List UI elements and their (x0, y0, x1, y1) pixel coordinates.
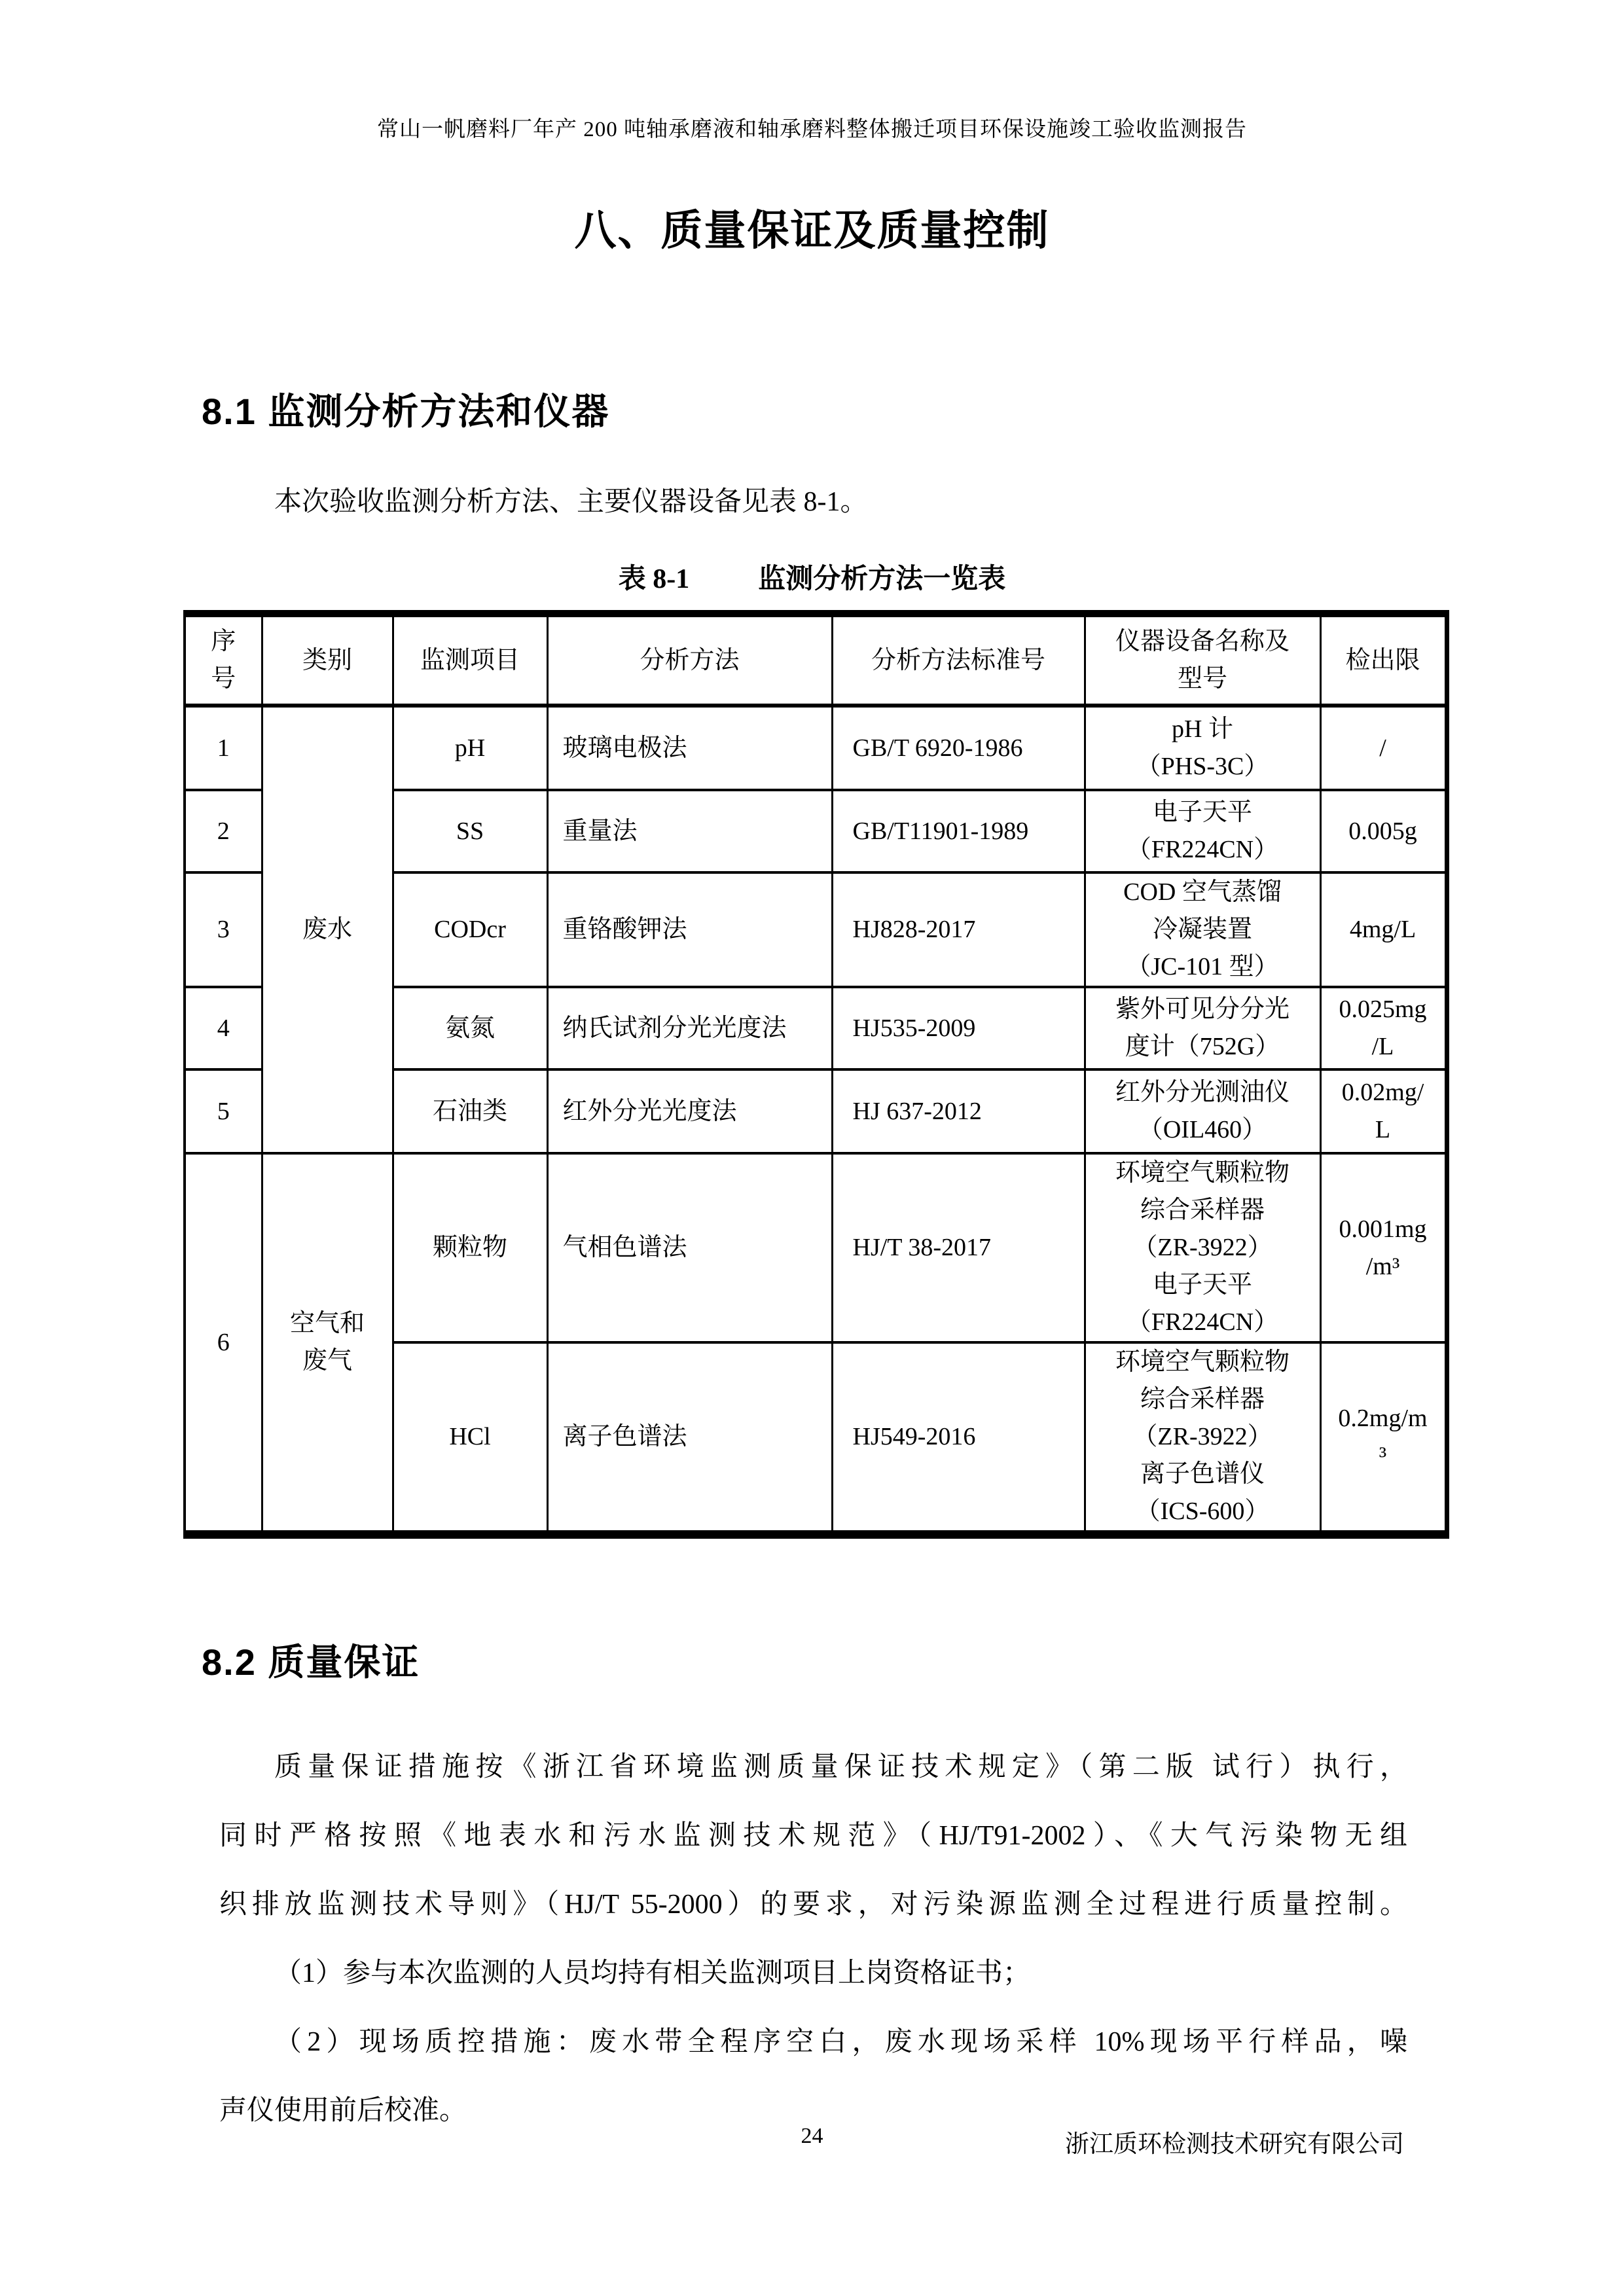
col-header-item: 监测项目 (393, 614, 547, 706)
cell-r6-no: 6 (185, 1153, 262, 1535)
cell-r7-instrument: 环境空气颗粒物 综合采样器 （ZR-3922） 离子色谱仪 （ICS-600） (1085, 1342, 1320, 1535)
paragraph-line: （2）现场质控措施：废水带全程序空白，废水现场采样 10%现场平行样品，噪 (219, 2008, 1407, 2077)
cell-r1-instrument: pH 计 （PHS-3C） (1085, 706, 1320, 790)
running-header: 常山一帆磨料厂年产 200 吨轴承磨液和轴承磨料整体搬迁项目环保设施竣工验收监测… (0, 0, 1624, 143)
section-8-1-heading: 8.1 监测分析方法和仪器 (202, 389, 1624, 433)
cell-r1-standard: GB/T 6920-1986 (832, 706, 1085, 790)
cell-r5-no: 5 (185, 1069, 262, 1153)
cell-r4-instrument: 紫外可见分分光 度计（752G） (1085, 987, 1320, 1069)
page-footer: 24 浙江质环检测技术研究有限公司 (0, 2124, 1624, 2157)
cell-r6-instrument: 环境空气颗粒物 综合采样器 （ZR-3922） 电子天平 （FR224CN） (1085, 1153, 1320, 1342)
cell-r7-standard: HJ549-2016 (832, 1342, 1085, 1535)
table-header-row: 序 号 类别 监测项目 分析方法 分析方法标准号 仪器设备名称及 型号 检出限 (185, 614, 1447, 706)
cell-r6-limit: 0.001mg /m³ (1320, 1153, 1447, 1342)
cell-r4-no: 4 (185, 987, 262, 1069)
cell-r1-method: 玻璃电极法 (547, 706, 832, 790)
cell-r1-limit: / (1320, 706, 1447, 790)
cell-r4-limit: 0.025mg /L (1320, 987, 1447, 1069)
page-title: 八、质量保证及质量控制 (0, 206, 1624, 256)
cell-r3-limit: 4mg/L (1320, 872, 1447, 987)
company-name: 浙江质环检测技术研究有限公司 (1065, 2124, 1404, 2159)
section-8-2-heading: 8.2 质量保证 (202, 1640, 1624, 1684)
paragraph-line: 质量保证措施按《浙江省环境监测质量保证技术规定》（第二版 试行）执行， (219, 1733, 1407, 1802)
table-row: 1 废水 pH 玻璃电极法 GB/T 6920-1986 pH 计 （PHS-3… (185, 706, 1447, 790)
table-row: 6 空气和 废气 颗粒物 气相色谱法 HJ/T 38-2017 环境空气颗粒物 … (185, 1153, 1447, 1342)
table-caption: 表 8-1监测分析方法一览表 (0, 563, 1624, 596)
cell-r1-no: 1 (185, 706, 262, 790)
col-header-category: 类别 (262, 614, 393, 706)
methods-table: 序 号 类别 监测项目 分析方法 分析方法标准号 仪器设备名称及 型号 检出限 … (183, 610, 1449, 1539)
cell-r3-method: 重铬酸钾法 (547, 872, 832, 987)
cell-r5-standard: HJ 637-2012 (832, 1069, 1085, 1153)
cell-r7-limit: 0.2mg/m ³ (1320, 1342, 1447, 1535)
cell-r4-item: 氨氮 (393, 987, 547, 1069)
table-caption-label: 表 8-1 (619, 564, 690, 594)
cell-r4-method: 纳氏试剂分光光度法 (547, 987, 832, 1069)
cell-r3-item: CODcr (393, 872, 547, 987)
col-header-instrument: 仪器设备名称及 型号 (1085, 614, 1320, 706)
document-page: 常山一帆磨料厂年产 200 吨轴承磨液和轴承磨料整体搬迁项目环保设施竣工验收监测… (0, 0, 1624, 2296)
col-header-index: 序 号 (185, 614, 262, 706)
cell-r6-method: 气相色谱法 (547, 1153, 832, 1342)
cell-r5-instrument: 红外分光测油仪 （OIL460） (1085, 1069, 1320, 1153)
paragraph-line: 织排放监测技术导则》（HJ/T 55-2000）的要求，对污染源监测全过程进行质… (219, 1871, 1407, 1939)
paragraph-line: 同时严格按照《地表水和污水监测技术规范》（HJ/T91-2002）、《大气污染物… (219, 1802, 1407, 1871)
section-8-2-body: 质量保证措施按《浙江省环境监测质量保证技术规定》（第二版 试行）执行， 同时严格… (219, 1733, 1407, 2145)
cell-r3-standard: HJ828-2017 (832, 872, 1085, 987)
cell-r2-no: 2 (185, 790, 262, 872)
cell-r6-standard: HJ/T 38-2017 (832, 1153, 1085, 1342)
cell-r2-item: SS (393, 790, 547, 872)
cell-r3-no: 3 (185, 872, 262, 987)
cell-r6-item: 颗粒物 (393, 1153, 547, 1342)
cell-r7-item: HCl (393, 1342, 547, 1535)
cell-r3-instrument: COD 空气蒸馏 冷凝装置 （JC-101 型） (1085, 872, 1320, 987)
cell-r2-method: 重量法 (547, 790, 832, 872)
col-header-method: 分析方法 (547, 614, 832, 706)
cell-category-wastewater: 废水 (262, 706, 393, 1153)
cell-r2-standard: GB/T11901-1989 (832, 790, 1085, 872)
cell-r5-item: 石油类 (393, 1069, 547, 1153)
cell-r4-standard: HJ535-2009 (832, 987, 1085, 1069)
paragraph-line: （1）参与本次监测的人员均持有相关监测项目上岗资格证书； (219, 1939, 1407, 2008)
col-header-limit: 检出限 (1320, 614, 1447, 706)
table-caption-title: 监测分析方法一览表 (758, 564, 1005, 594)
col-header-standard: 分析方法标准号 (832, 614, 1085, 706)
cell-category-air: 空气和 废气 (262, 1153, 393, 1535)
cell-r5-method: 红外分光光度法 (547, 1069, 832, 1153)
cell-r2-instrument: 电子天平 （FR224CN） (1085, 790, 1320, 872)
cell-r5-limit: 0.02mg/ L (1320, 1069, 1447, 1153)
cell-r2-limit: 0.005g (1320, 790, 1447, 872)
intro-paragraph: 本次验收监测分析方法、主要仪器设备见表 8-1。 (219, 486, 1407, 518)
cell-r1-item: pH (393, 706, 547, 790)
cell-r7-method: 离子色谱法 (547, 1342, 832, 1535)
